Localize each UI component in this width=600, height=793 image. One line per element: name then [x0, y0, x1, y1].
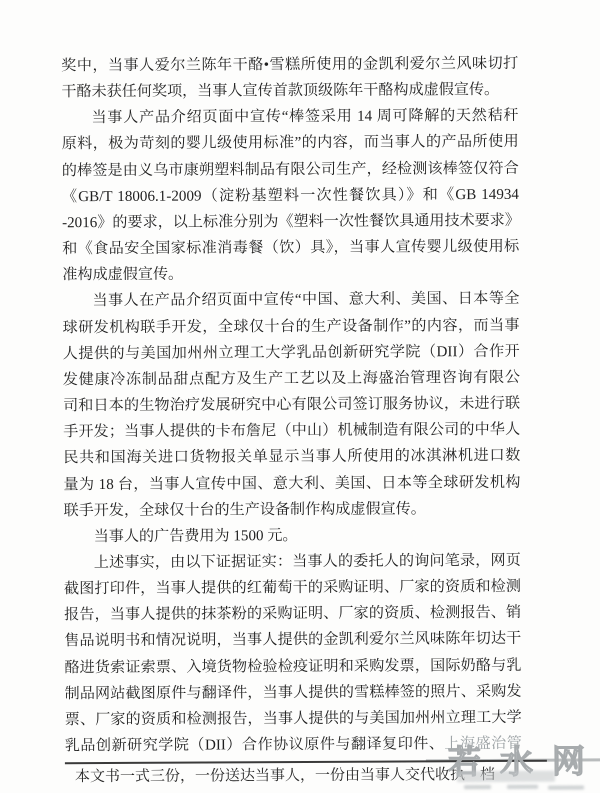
document-line: 和《食品安全国家标准消毒餐（饮）具》，当事人宣传婴儿级使用标	[62, 234, 519, 263]
document-line: 售品说明书和情况说明，当事人提供的金凯利爱尔兰风味陈年切达干	[64, 626, 521, 655]
paragraph: 当事人产品介绍页面中宣传“棒签采用 14 周可降解的天然秸秆原料，极为苛刻的婴儿…	[61, 103, 519, 288]
document-page: 奖中，当事人爱尔兰陈年干酪•雪糕所使用的金凯利爱尔兰风味切打干酪未获任何奖项，当…	[0, 0, 600, 793]
line-text: 乳品创新研究学院（DII）合作协议原件与翻译复印件、	[65, 736, 445, 754]
document-line: 手开发；当事人提供的卡布詹尼（中山）机械制造有限公司的中华人	[63, 417, 520, 446]
document-line: 司和日本的生物治疗发展研究中心有限公司签订服务协议，未进行联	[63, 391, 520, 420]
document-line: 民共和国海关进口货物报关单显示当事人所使用的冰淇淋机进口数	[63, 443, 520, 472]
document-line: 发健康冷冻制品甜点配方及生产工艺以及上海盛治管理咨询有限公	[63, 365, 520, 394]
document-line: 票、厂家的资质和检测报告，当事人提供的与美国加州州立理工大学	[65, 705, 522, 734]
paragraph: 当事人在产品介绍页面中宣传“中国、意大利、美国、日本等全球研发机构联手开发，全球…	[62, 286, 520, 524]
document-line: 《GB/T 18006.1-2009（淀粉基塑料一次性餐饮具）》和《GB 149…	[62, 182, 519, 211]
document-line: 人提供的与美国加州州立理工大学乳品创新研究学院（DII）合作开	[63, 339, 520, 368]
paragraph: 奖中，当事人爱尔兰陈年干酪•雪糕所使用的金凯利爱尔兰风味切打干酪未获任何奖项，当…	[61, 51, 518, 106]
document-line: 当事人在产品介绍页面中宣传“中国、意大利、美国、日本等全	[62, 286, 519, 315]
watermark-subtext-blur	[464, 785, 491, 789]
document-line: -2016》的要求，以上标准分别为《塑料一次性餐饮具通用技术要求》	[62, 208, 519, 237]
document-line: 准构成虚假宣传。	[62, 260, 519, 289]
watermark-subtext-blur	[507, 785, 538, 789]
document-line: 报告，当事人提供的抹茶粉的采购证明、厂家的资质、检测报告、销	[64, 600, 521, 629]
watermark-subtext-blur	[457, 771, 555, 783]
document-line: 的棒签是由义乌市康朔塑料制品有限公司生产，经检测该棒签仅符合	[62, 155, 519, 184]
document-line: 联手开发，全球仅十台的生产设备制作构成虚假宣传。	[64, 496, 521, 525]
document-line: 酪进货索证索票、入境货物检验检疫证明和采购发票，国际奶酪与乳	[64, 652, 521, 681]
document-line: 截图打印件，当事人提供的红葡萄干的采购证明、厂家的资质和检测	[64, 574, 521, 603]
document-line: 当事人产品介绍页面中宣传“棒签采用 14 周可降解的天然秸秆	[61, 103, 518, 132]
document-line: 球研发机构联手开发，全球仅十台的生产设备制作”的内容，而当事	[63, 312, 520, 341]
document-line: 奖中，当事人爱尔兰陈年干酪•雪糕所使用的金凯利爱尔兰风味切打	[61, 51, 518, 80]
paragraph: 当事人的广告费用为 1500 元。	[64, 522, 521, 551]
document-body: 奖中，当事人爱尔兰陈年干酪•雪糕所使用的金凯利爱尔兰风味切打干酪未获任何奖项，当…	[61, 51, 522, 760]
paragraph: 上述事实，由以下证据证实：当事人的委托人的询问笔录，网页截图打印件，当事人提供的…	[64, 548, 522, 760]
document-line: 量为 18 台，当事人宣传中国、意大利、美国、日本等全球研发机构	[63, 469, 520, 498]
document-line: 原料，极为苛刻的婴儿级使用标准”的内容，而当事人的产品所使用	[62, 129, 519, 158]
document-line: 当事人的广告费用为 1500 元。	[64, 522, 521, 551]
document-line: 制品网站截图原件与翻译件，当事人提供的雪糕棒签的照片、采购发	[64, 679, 521, 708]
document-line: 上述事实，由以下证据证实：当事人的委托人的询问笔录，网页	[64, 548, 521, 577]
watermark-subtext-blur	[548, 786, 584, 790]
scanned-sheet: 奖中，当事人爱尔兰陈年干酪•雪糕所使用的金凯利爱尔兰风味切打干酪未获任何奖项，当…	[0, 0, 600, 793]
document-line: 干酪未获任何奖项，当事人宣传首款顶级陈年干酪构成虚假宣传。	[61, 77, 518, 106]
